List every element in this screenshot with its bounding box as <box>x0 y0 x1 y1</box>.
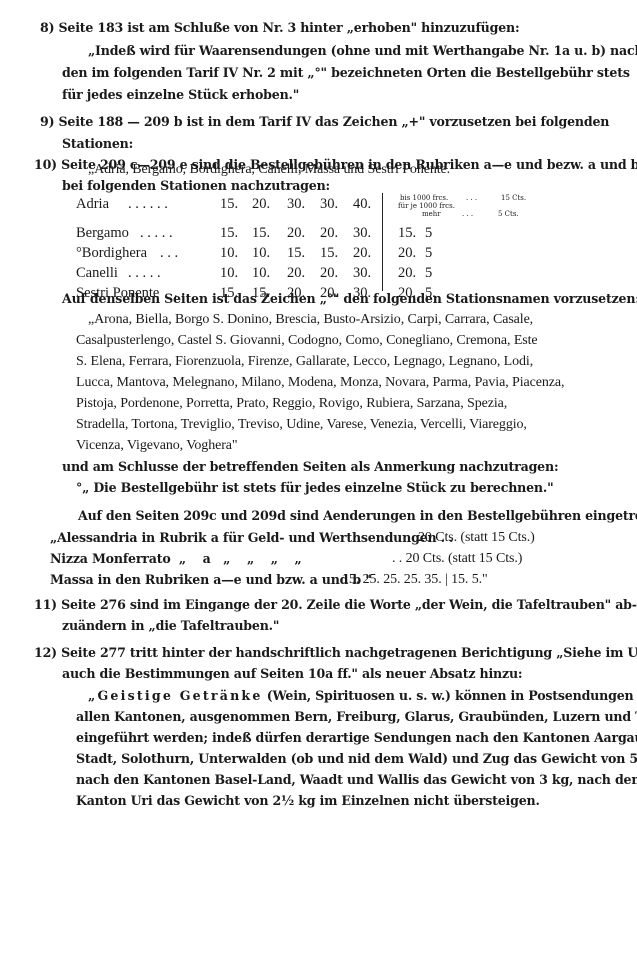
adria-note-value: 5 Cts. <box>498 210 519 218</box>
change-value: 15. 25. 25. 25. 35. | 15. 5." <box>342 572 488 588</box>
change-row-nizza: Nizza Monferrato „ a „ „ „ „ . . 20 Cts.… <box>50 551 302 567</box>
station-name: Bergamo <box>76 225 129 242</box>
item-12-quote-line-3: eingeführt werden; indeß dürfen derartig… <box>76 730 637 746</box>
fee-a: 15. <box>220 196 238 213</box>
fee-d: 30. <box>320 196 338 213</box>
table-row: °Bordighera . . . 10. 10. 15. 15. 20. 20… <box>0 245 637 265</box>
scanned-document-page: 8) Seite 183 ist am Schluße von Nr. 3 hi… <box>0 0 637 960</box>
item-8-quote-line-2: den im folgenden Tarif IV Nr. 2 mit „°" … <box>62 65 600 81</box>
item-12-heading: 12) Seite 277 tritt hinter der handschri… <box>34 645 637 661</box>
station-list-line-2: Casalpusterlengo, Castel S. Giovanni, Co… <box>76 333 538 349</box>
item-12-quote-line-5: nach den Kantonen Basel-Land, Waadt und … <box>76 772 637 788</box>
leader-dots: . . . . . <box>128 265 161 282</box>
item-10-heading-cont: bei folgenden Stationen nachzutragen: <box>62 178 330 194</box>
change-value: . . 20 Cts. (statt 15 Cts.) <box>392 551 522 567</box>
fee-ab-b: 5 <box>425 225 432 242</box>
station-name: Canelli <box>76 265 118 282</box>
change-label: Massa in den Rubriken a—e und bzw. a und… <box>50 572 372 587</box>
fee-c: 20. <box>287 225 305 242</box>
station-list-line-4: Lucca, Mantova, Melegnano, Milano, Moden… <box>76 375 564 391</box>
adria-note-text: mehr <box>422 210 441 218</box>
change-row-massa: Massa in den Rubriken a—e und bzw. a und… <box>50 572 372 588</box>
fee-ab-b: 5 <box>425 265 432 282</box>
item-9-heading: 9) Seite 188 — 209 b ist in dem Tarif IV… <box>40 114 609 130</box>
fee-e: 30. <box>353 225 371 242</box>
fee-e: 40. <box>353 196 371 213</box>
change-label: Nizza Monferrato „ a „ „ „ „ <box>50 551 302 566</box>
item-11-heading-cont: zuändern in „die Tafeltrauben." <box>62 618 279 634</box>
adria-note-text: für je 1000 frcs. <box>398 202 455 210</box>
marks-intro: Auf denselben Seiten ist das Zeichen „°"… <box>62 291 637 307</box>
station-list-line-3: S. Elena, Ferrara, Fiorenzuola, Firenze,… <box>76 354 533 370</box>
fee-ab-a: 20. <box>398 245 416 262</box>
item-11-heading: 11) Seite 276 sind im Eingange der 20. Z… <box>34 597 637 613</box>
fee-e: 20. <box>353 245 371 262</box>
emphasized-term: „Geistige Getränke <box>88 688 263 703</box>
table-row: Adria . . . . . . 15. 20. 30. 30. 40. <box>0 196 637 216</box>
fee-ab-a: 20. <box>398 265 416 282</box>
note-text: °„ Die Bestellgebühr ist stets für jedes… <box>76 480 553 496</box>
fee-e: 30. <box>353 265 371 282</box>
leader-dots: . . . <box>462 210 473 218</box>
adria-note: bis 1000 frcs. . . . 15 Cts. für je 1000… <box>398 194 538 218</box>
leader-dots: . . . <box>466 194 477 202</box>
adria-note-value: 15 Cts. <box>501 194 526 202</box>
leader-dots: . . . . . . <box>128 196 168 213</box>
fee-d: 15. <box>320 245 338 262</box>
item-12-quote-line-2: allen Kantonen, ausgenommen Bern, Freibu… <box>76 709 637 725</box>
fee-c: 20. <box>287 265 305 282</box>
table-column-divider <box>382 193 383 291</box>
item-12-quote-line-4: Stadt, Solothurn, Unterwalden (ob und ni… <box>76 751 637 767</box>
fee-c: 15. <box>287 245 305 262</box>
fee-b: 20. <box>252 196 270 213</box>
fee-ab-a: 15. <box>398 225 416 242</box>
changes-intro: Auf den Seiten 209c und 209d sind Aender… <box>78 508 637 524</box>
fee-a: 15. <box>220 225 238 242</box>
item-12-quote-line-6: Kanton Uri das Gewicht von 2½ kg im Einz… <box>76 793 540 809</box>
station-name: °Bordighera <box>76 245 147 262</box>
item-10-heading: 10) Seite 209 c—209 e sind die Bestellge… <box>34 157 637 173</box>
item-9-heading-cont: Stationen: <box>62 136 133 152</box>
fee-ab-b: 5 <box>425 245 432 262</box>
change-label: „Alessandria in Rubrik a für Geld- und W… <box>50 530 453 545</box>
quote-text: (Wein, Spirituosen u. s. w.) können in P… <box>263 688 637 703</box>
leader-dots: . . . <box>160 245 178 262</box>
table-row: Canelli . . . . . 10. 10. 20. 20. 30. 20… <box>0 265 637 285</box>
note-intro: und am Schlusse der betreffenden Seiten … <box>62 459 558 475</box>
item-12-quote-line-1: „Geistige Getränke (Wein, Spirituosen u.… <box>88 688 637 704</box>
fee-b: 10. <box>252 245 270 262</box>
station-list-line-6: Stradella, Tortona, Treviglio, Treviso, … <box>76 417 527 433</box>
fee-d: 20. <box>320 265 338 282</box>
fee-c: 30. <box>287 196 305 213</box>
fee-d: 20. <box>320 225 338 242</box>
item-8-quote-line-1: „Indeß wird für Waarensendungen (ohne un… <box>88 43 600 59</box>
fee-b: 10. <box>252 265 270 282</box>
fee-b: 15. <box>252 225 270 242</box>
station-list-line-5: Pistoja, Pordenone, Porretta, Prato, Reg… <box>76 396 507 412</box>
item-8-heading: 8) Seite 183 ist am Schluße von Nr. 3 hi… <box>40 20 519 36</box>
item-8-quote-line-3: für jedes einzelne Stück erhoben." <box>62 87 299 103</box>
station-list-line-1: „Arona, Biella, Borgo S. Donino, Brescia… <box>88 312 533 328</box>
table-row: Bergamo . . . . . 15. 15. 20. 20. 30. 15… <box>0 225 637 245</box>
fee-a: 10. <box>220 245 238 262</box>
change-row-alessandria: „Alessandria in Rubrik a für Geld- und W… <box>50 530 453 546</box>
station-name: Adria <box>76 196 109 213</box>
station-list-line-7: Vicenza, Vigevano, Voghera" <box>76 438 238 454</box>
leader-dots: . . . . . <box>140 225 173 242</box>
adria-note-text: bis 1000 frcs. <box>400 194 448 202</box>
fee-a: 10. <box>220 265 238 282</box>
change-value: 20 Cts. (statt 15 Cts.) <box>418 530 535 546</box>
item-12-heading-cont: auch die Bestimmungen auf Seiten 10a ff.… <box>62 666 522 682</box>
